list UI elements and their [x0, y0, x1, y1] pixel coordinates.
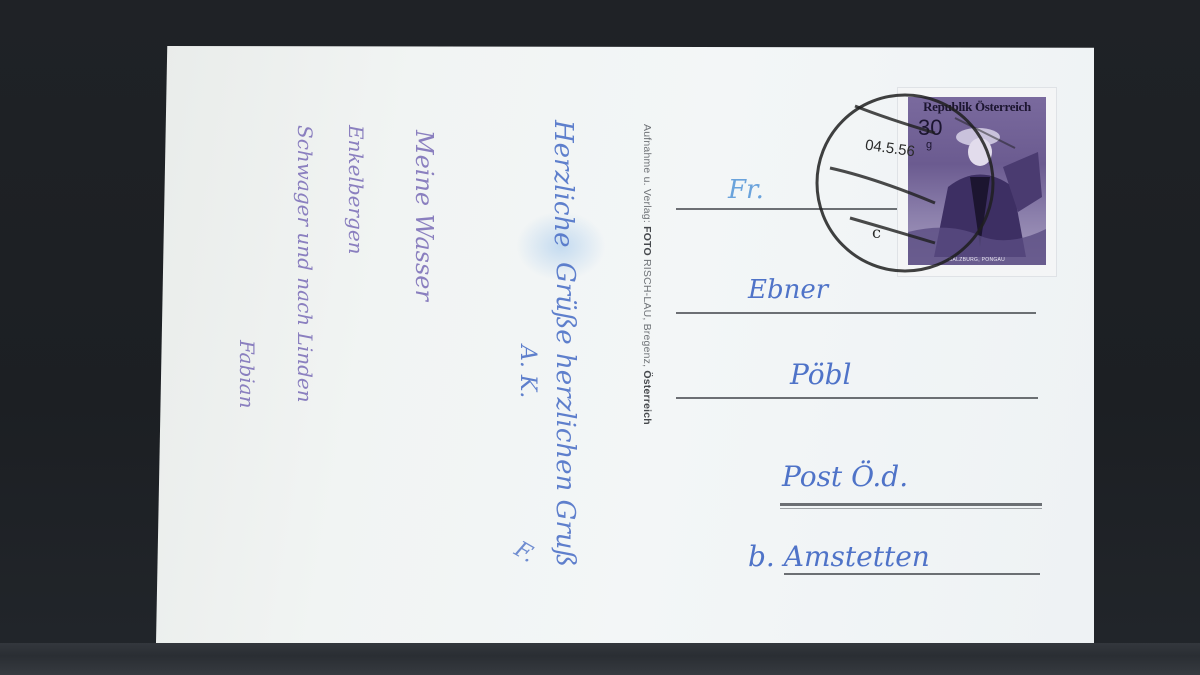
postmark-cancel — [815, 78, 1035, 278]
address-line-2 — [676, 312, 1036, 314]
message-line-3: Meine Wasser — [410, 130, 438, 301]
address-line-3 — [676, 397, 1038, 399]
postmark-letter: c — [872, 223, 881, 242]
address-line-4b — [780, 508, 1042, 509]
message-initials: A. K. — [515, 345, 540, 398]
signature: Fabian — [235, 340, 259, 408]
imprint-country: Österreich — [641, 370, 653, 425]
imprint-name: RISCH-LAU, Bregenz, — [641, 256, 653, 371]
address-name: Ebner — [748, 275, 828, 305]
display-shelf — [0, 643, 1200, 675]
imprint-publisher: FOTO — [641, 226, 653, 256]
address-line-5 — [784, 573, 1040, 575]
address-street: Pöbl — [790, 358, 851, 391]
address-post: Post Ö.d. — [782, 460, 908, 493]
address-salutation: Fr. — [728, 175, 764, 205]
address-city: b. Amstetten — [748, 540, 930, 573]
message-line-2: Grüße herzlichen Gruß — [550, 262, 580, 567]
publisher-imprint: Aufnahme u. Verlag: FOTO RISCH-LAU, Breg… — [641, 124, 653, 425]
message-line-4: Enkelbergen — [344, 125, 368, 255]
message-line-1: Herzliche — [548, 120, 578, 248]
address-line-4 — [780, 503, 1042, 506]
message-line-5: Schwager und nach Linden — [293, 125, 317, 403]
imprint-prefix: Aufnahme u. Verlag: — [641, 124, 653, 226]
